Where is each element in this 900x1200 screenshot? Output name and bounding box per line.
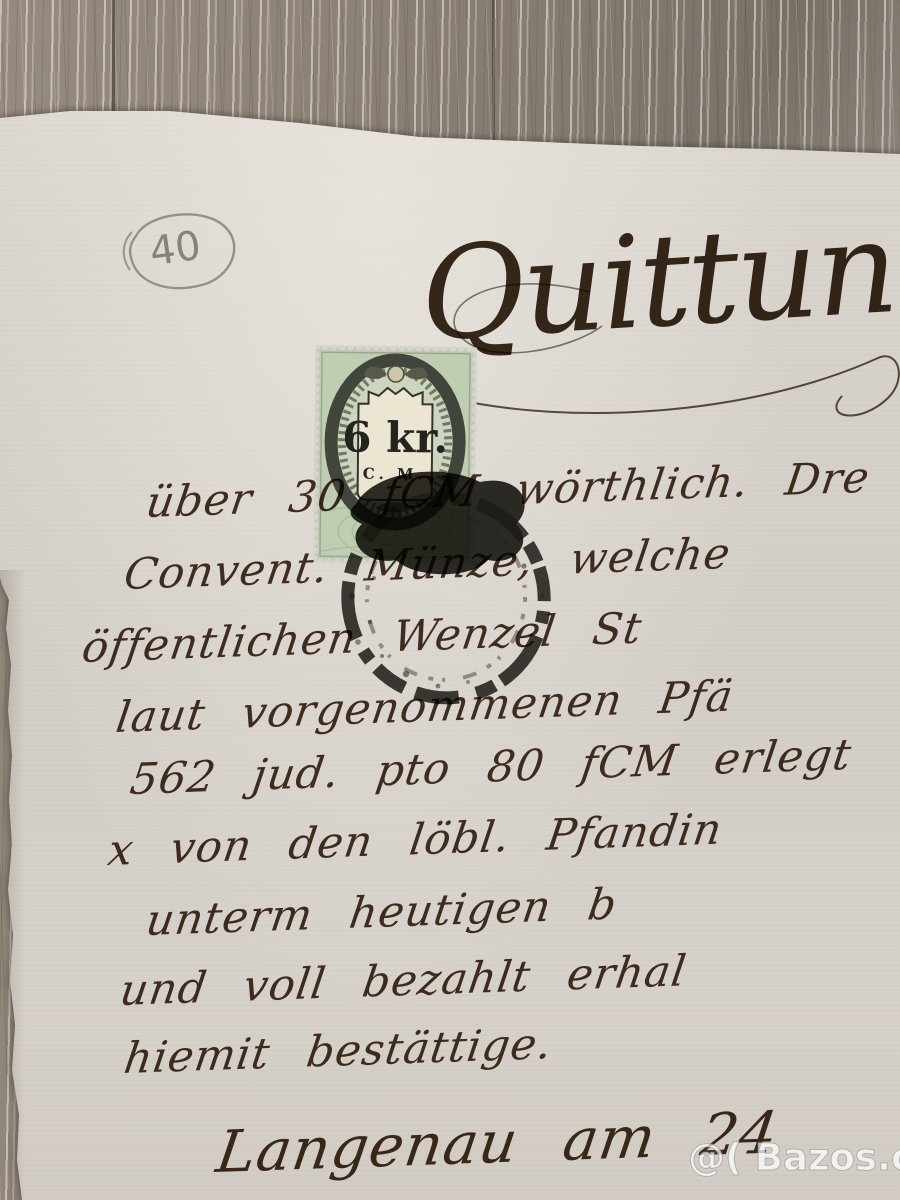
paper-wrapper: 40 Quittung bbox=[0, 0, 900, 1200]
handwriting-line: 562 jud. pto 80 fCM erlegt bbox=[127, 730, 855, 805]
handwriting-line: x von den löbl. Pfandin bbox=[105, 805, 726, 876]
pencil-number-note: 40 bbox=[108, 198, 248, 298]
cancellation-ink bbox=[322, 472, 570, 708]
site-watermark: @( Bazos.cz bbox=[688, 1136, 900, 1179]
cancellation-mark bbox=[318, 446, 580, 708]
handwriting-line: und voll bezahlt erhal bbox=[117, 946, 690, 1016]
pencil-number: 40 bbox=[147, 223, 204, 276]
handwriting-line: unterm heutigen b bbox=[143, 880, 621, 946]
heading-flourish bbox=[420, 230, 900, 480]
handwriting-line: hiemit bestättige. bbox=[121, 1019, 556, 1084]
paper-torn-edge-shadow bbox=[0, 570, 34, 1200]
document-paper: 40 Quittung bbox=[0, 0, 900, 1200]
photo-scene: 40 Quittung bbox=[0, 0, 900, 1200]
